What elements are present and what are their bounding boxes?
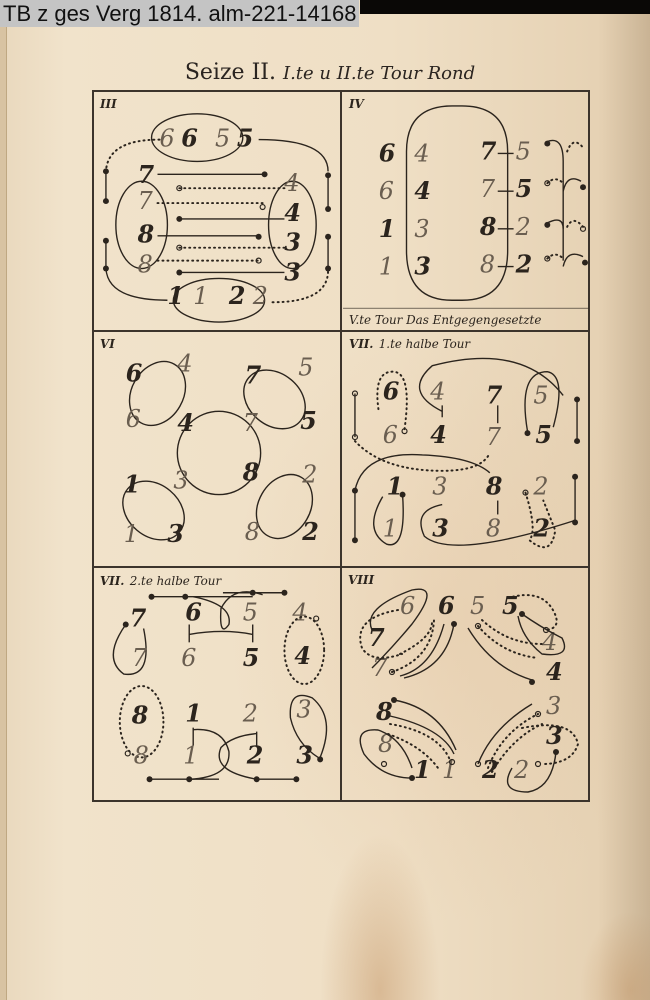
figure-IV-diagram: IV 6 4 6 4 1 3 1 3 7 5 7 5 8 2 8 2: [342, 92, 590, 330]
dancer-number: 1: [383, 514, 398, 542]
image-caption: TB z ges Verg 1814. alm-221-14168: [0, 0, 359, 27]
dancer-number: 8: [137, 221, 155, 249]
figure-title: 2.te halbe Tour: [129, 574, 223, 588]
dancer-number: 4: [541, 628, 557, 656]
dancer-number: 4: [177, 409, 194, 437]
dancer-number: 4: [414, 177, 431, 205]
dancer-number: 5: [516, 175, 533, 203]
dancer-number: 3: [546, 692, 561, 720]
dancer-number: 3: [296, 741, 313, 769]
dancer-number: 7: [372, 654, 388, 682]
dancer-number: 1: [183, 741, 198, 769]
dancer-number: 5: [502, 591, 519, 620]
dancer-number: 3: [432, 473, 447, 501]
dancer-number: 4: [430, 421, 447, 449]
dancer-number: 5: [535, 421, 552, 449]
figure-title: 1.te halbe Tour: [379, 337, 472, 351]
dancer-number: 7: [138, 161, 155, 189]
dancer-number: 5: [243, 599, 258, 627]
figure-footer: V.te Tour Das Entgegengesetzte: [349, 313, 541, 327]
dancer-number: 6: [126, 360, 143, 388]
page-edge: [0, 20, 7, 1000]
figure-VII-first-half: VII. 1.te halbe Tour 6 4 7 5 6 4 7 5 1 3…: [342, 332, 590, 568]
dancer-number: 2: [252, 282, 268, 310]
dancer-number: 8: [134, 741, 149, 769]
figure-IV: IV 6 4 6 4 1 3 1 3 7 5 7 5 8 2 8 2: [342, 92, 590, 332]
dancer-number: 8: [375, 697, 393, 726]
dancer-number: 6: [438, 591, 455, 620]
dancer-number: 7: [486, 381, 503, 409]
dancer-number: 3: [284, 258, 301, 286]
dancer-number: 2: [301, 518, 319, 546]
dancer-number: 7: [243, 409, 259, 437]
figure-III-diagram: III 6 6 5 5 7 7 8 8 4 4 3 3: [94, 92, 340, 330]
dancer-number: 2: [513, 756, 529, 784]
dancer-number: 4: [294, 642, 311, 670]
dancer-number: 2: [481, 755, 499, 784]
dancer-number: 2: [242, 700, 258, 728]
dancer-number: 4: [546, 657, 563, 686]
dancer-number: 6: [126, 405, 141, 433]
dancer-number: 2: [515, 213, 531, 241]
figure-label: IV: [348, 97, 366, 111]
dancer-number: 8: [131, 702, 149, 730]
dancer-number: 4: [429, 377, 445, 405]
dancer-number: 1: [124, 471, 141, 499]
dancer-number: 7: [130, 604, 147, 632]
dancer-number: 4: [176, 350, 192, 378]
dancer-number: 7: [138, 187, 154, 215]
figure-label: VII.: [100, 574, 125, 588]
dancer-number: 6: [159, 125, 174, 153]
title-main: Seize II.: [185, 60, 276, 85]
dancer-number: 1: [193, 282, 208, 310]
dancer-number: 5: [516, 137, 531, 165]
dancer-number: 8: [485, 473, 503, 501]
dancer-number: 5: [243, 644, 260, 672]
figure-VI-diagram: VI 6 4 6 7 5 5 4 7 3 8 1 3 1 2 8 2: [94, 332, 340, 566]
figure-grid: III 6 6 5 5 7 7 8 8 4 4 3 3: [92, 90, 590, 802]
dancer-number: 6: [185, 599, 202, 627]
dancer-number: 5: [298, 354, 313, 382]
figure-label: III: [99, 97, 117, 111]
dancer-number: 8: [486, 514, 501, 542]
dancer-number: 2: [515, 250, 533, 278]
dancer-number: 1: [379, 252, 394, 280]
figure-VII-first-half-diagram: VII. 1.te halbe Tour 6 4 7 5 6 4 7 5 1 3…: [342, 332, 590, 566]
dancer-number: 5: [470, 592, 485, 620]
figure-VIII-diagram: VIII 6 6 5 5 7 7 4 4 8 8 3 3 1 1 2 2: [342, 568, 590, 802]
dancer-number: 3: [296, 696, 311, 724]
dancer-number: 7: [480, 175, 496, 203]
dancer-number: 3: [432, 514, 449, 542]
dancer-number: 4: [283, 169, 299, 197]
dancer-number: 5: [237, 125, 254, 153]
dancer-number: 3: [167, 520, 184, 548]
figure-VI: VI 6 4 6 7 5 5 4 7 3 8 1 3 1 2 8 2: [94, 332, 342, 568]
dancer-number: 2: [246, 741, 264, 769]
dancer-number: 2: [228, 282, 246, 310]
dancer-number: 1: [414, 755, 431, 784]
dancer-number: 5: [300, 407, 317, 435]
dancer-number: 6: [379, 177, 394, 205]
figure-VII-second-half-diagram: VII. 2.te halbe Tour 7 6 5 4 7 6 5 4 8 1…: [94, 568, 340, 802]
dancer-number: 8: [245, 518, 260, 546]
figure-VII-second-half: VII. 2.te halbe Tour 7 6 5 4 7 6 5 4 8 1…: [94, 568, 342, 802]
dancer-number: 7: [480, 137, 497, 165]
dancer-number: 1: [124, 520, 139, 548]
dancer-number: 6: [379, 139, 396, 167]
dancer-number: 6: [181, 644, 196, 672]
dancer-number: 8: [480, 250, 495, 278]
dancer-number: 2: [301, 461, 317, 489]
dancer-number: 3: [173, 467, 188, 495]
dancer-number: 3: [414, 252, 431, 280]
dancer-number: 1: [379, 215, 396, 243]
dancer-number: 6: [181, 125, 198, 153]
dancer-number: 8: [242, 459, 260, 487]
dancer-number: 4: [413, 139, 429, 167]
dancer-number: 7: [486, 423, 502, 451]
dancer-number: 8: [138, 250, 153, 278]
dancer-number: 4: [284, 199, 301, 227]
dancer-number: 3: [414, 215, 429, 243]
dancer-number: 6: [383, 421, 398, 449]
dancer-number: 6: [400, 592, 415, 620]
dancer-number: 8: [378, 730, 393, 758]
dancer-number: 6: [383, 377, 400, 405]
dancer-number: 7: [132, 644, 148, 672]
dancer-number: 8: [479, 213, 497, 241]
dancer-number: 7: [245, 362, 262, 390]
figure-III: III 6 6 5 5 7 7 8 8 4 4 3 3: [94, 92, 342, 332]
dancer-number: 1: [167, 282, 184, 310]
page-title: Seize II. I.te u II.te Tour Rond: [150, 58, 510, 89]
figure-label: VI: [100, 337, 115, 351]
dancer-number: 2: [532, 473, 548, 501]
dancer-number: 5: [533, 381, 548, 409]
dancer-number: 1: [185, 700, 202, 728]
dancer-number: 3: [284, 229, 301, 257]
figure-VIII: VIII 6 6 5 5 7 7 4 4 8 8 3 3 1 1 2 2: [342, 568, 590, 802]
scan-border: [360, 0, 650, 14]
figure-label: VIII: [348, 573, 375, 587]
dancer-number: 5: [215, 125, 230, 153]
title-sub: I.te u II.te Tour Rond: [283, 63, 475, 84]
figure-label: VII.: [349, 337, 373, 351]
